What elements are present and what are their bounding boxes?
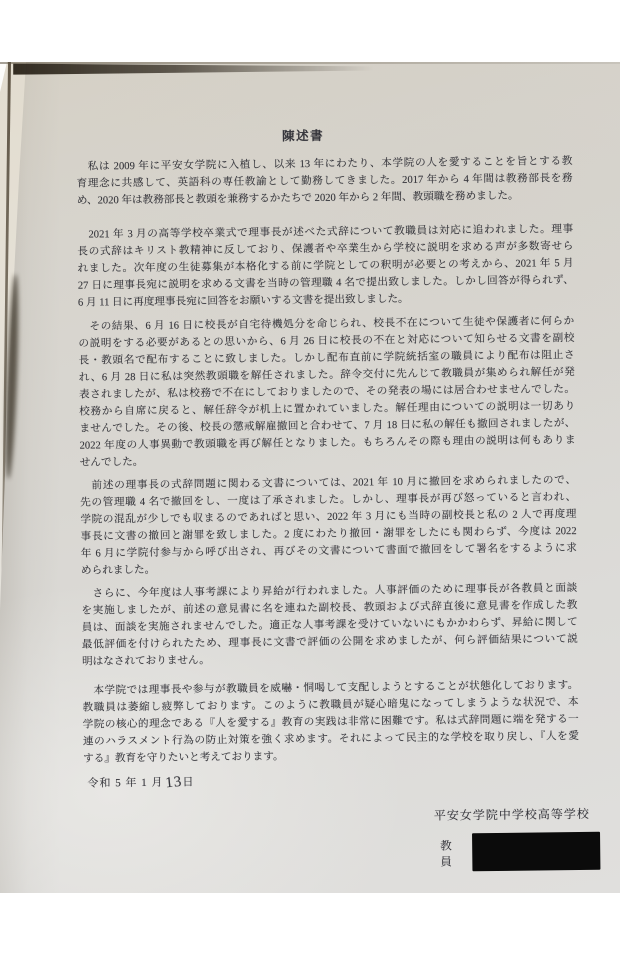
paragraph-6: 本学院では理事長や参与が教職員を威嚇・恫喝して支配しようとすることが状態化してお… xyxy=(82,677,579,768)
paper-top-edge xyxy=(0,62,620,64)
date-suffix: 日 xyxy=(182,776,194,788)
signature-row: 教員 xyxy=(440,832,600,872)
paragraph-3: その結果、6 月 16 日に校長が自宅待機処分を命じられ、校長不在について生徒や… xyxy=(78,313,576,472)
staff-role-label: 教員 xyxy=(440,835,463,869)
page: 陳述書 私は 2009 年に平安女学院に入植し、以来 13 年にわたり、本学院の… xyxy=(0,0,620,959)
paragraph-4: 前述の理事長の式辞問題に関わる文書については、2021 年 10 月に撤回を求め… xyxy=(80,472,577,580)
document-photo: 陳述書 私は 2009 年に平安女学院に入植し、以来 13 年にわたり、本学院の… xyxy=(0,62,620,893)
paragraph-5: さらに、今年度は人事考課により昇給が行われました。人事評価のために理事長が各教員… xyxy=(81,580,578,671)
redacted-name-box xyxy=(472,832,600,871)
date-prefix: 令和 5 年 1 月 xyxy=(87,777,163,790)
handwritten-day: 13 xyxy=(165,774,184,793)
paragraph-2: 2021 年 3 月の高等学校卒業式で理事長が述べた式辞について教職員は対応に追… xyxy=(77,221,574,312)
paragraph-1: 私は 2009 年に平安女学院に入植し、以来 13 年にわたり、本学院の人を愛す… xyxy=(76,153,573,210)
date-line: 令和 5 年 1 月13日 xyxy=(87,773,194,791)
statement-document: 陳述書 私は 2009 年に平安女学院に入植し、以来 13 年にわたり、本学院の… xyxy=(76,123,581,895)
school-name: 平安女学院中学校高等学校 xyxy=(434,805,590,824)
